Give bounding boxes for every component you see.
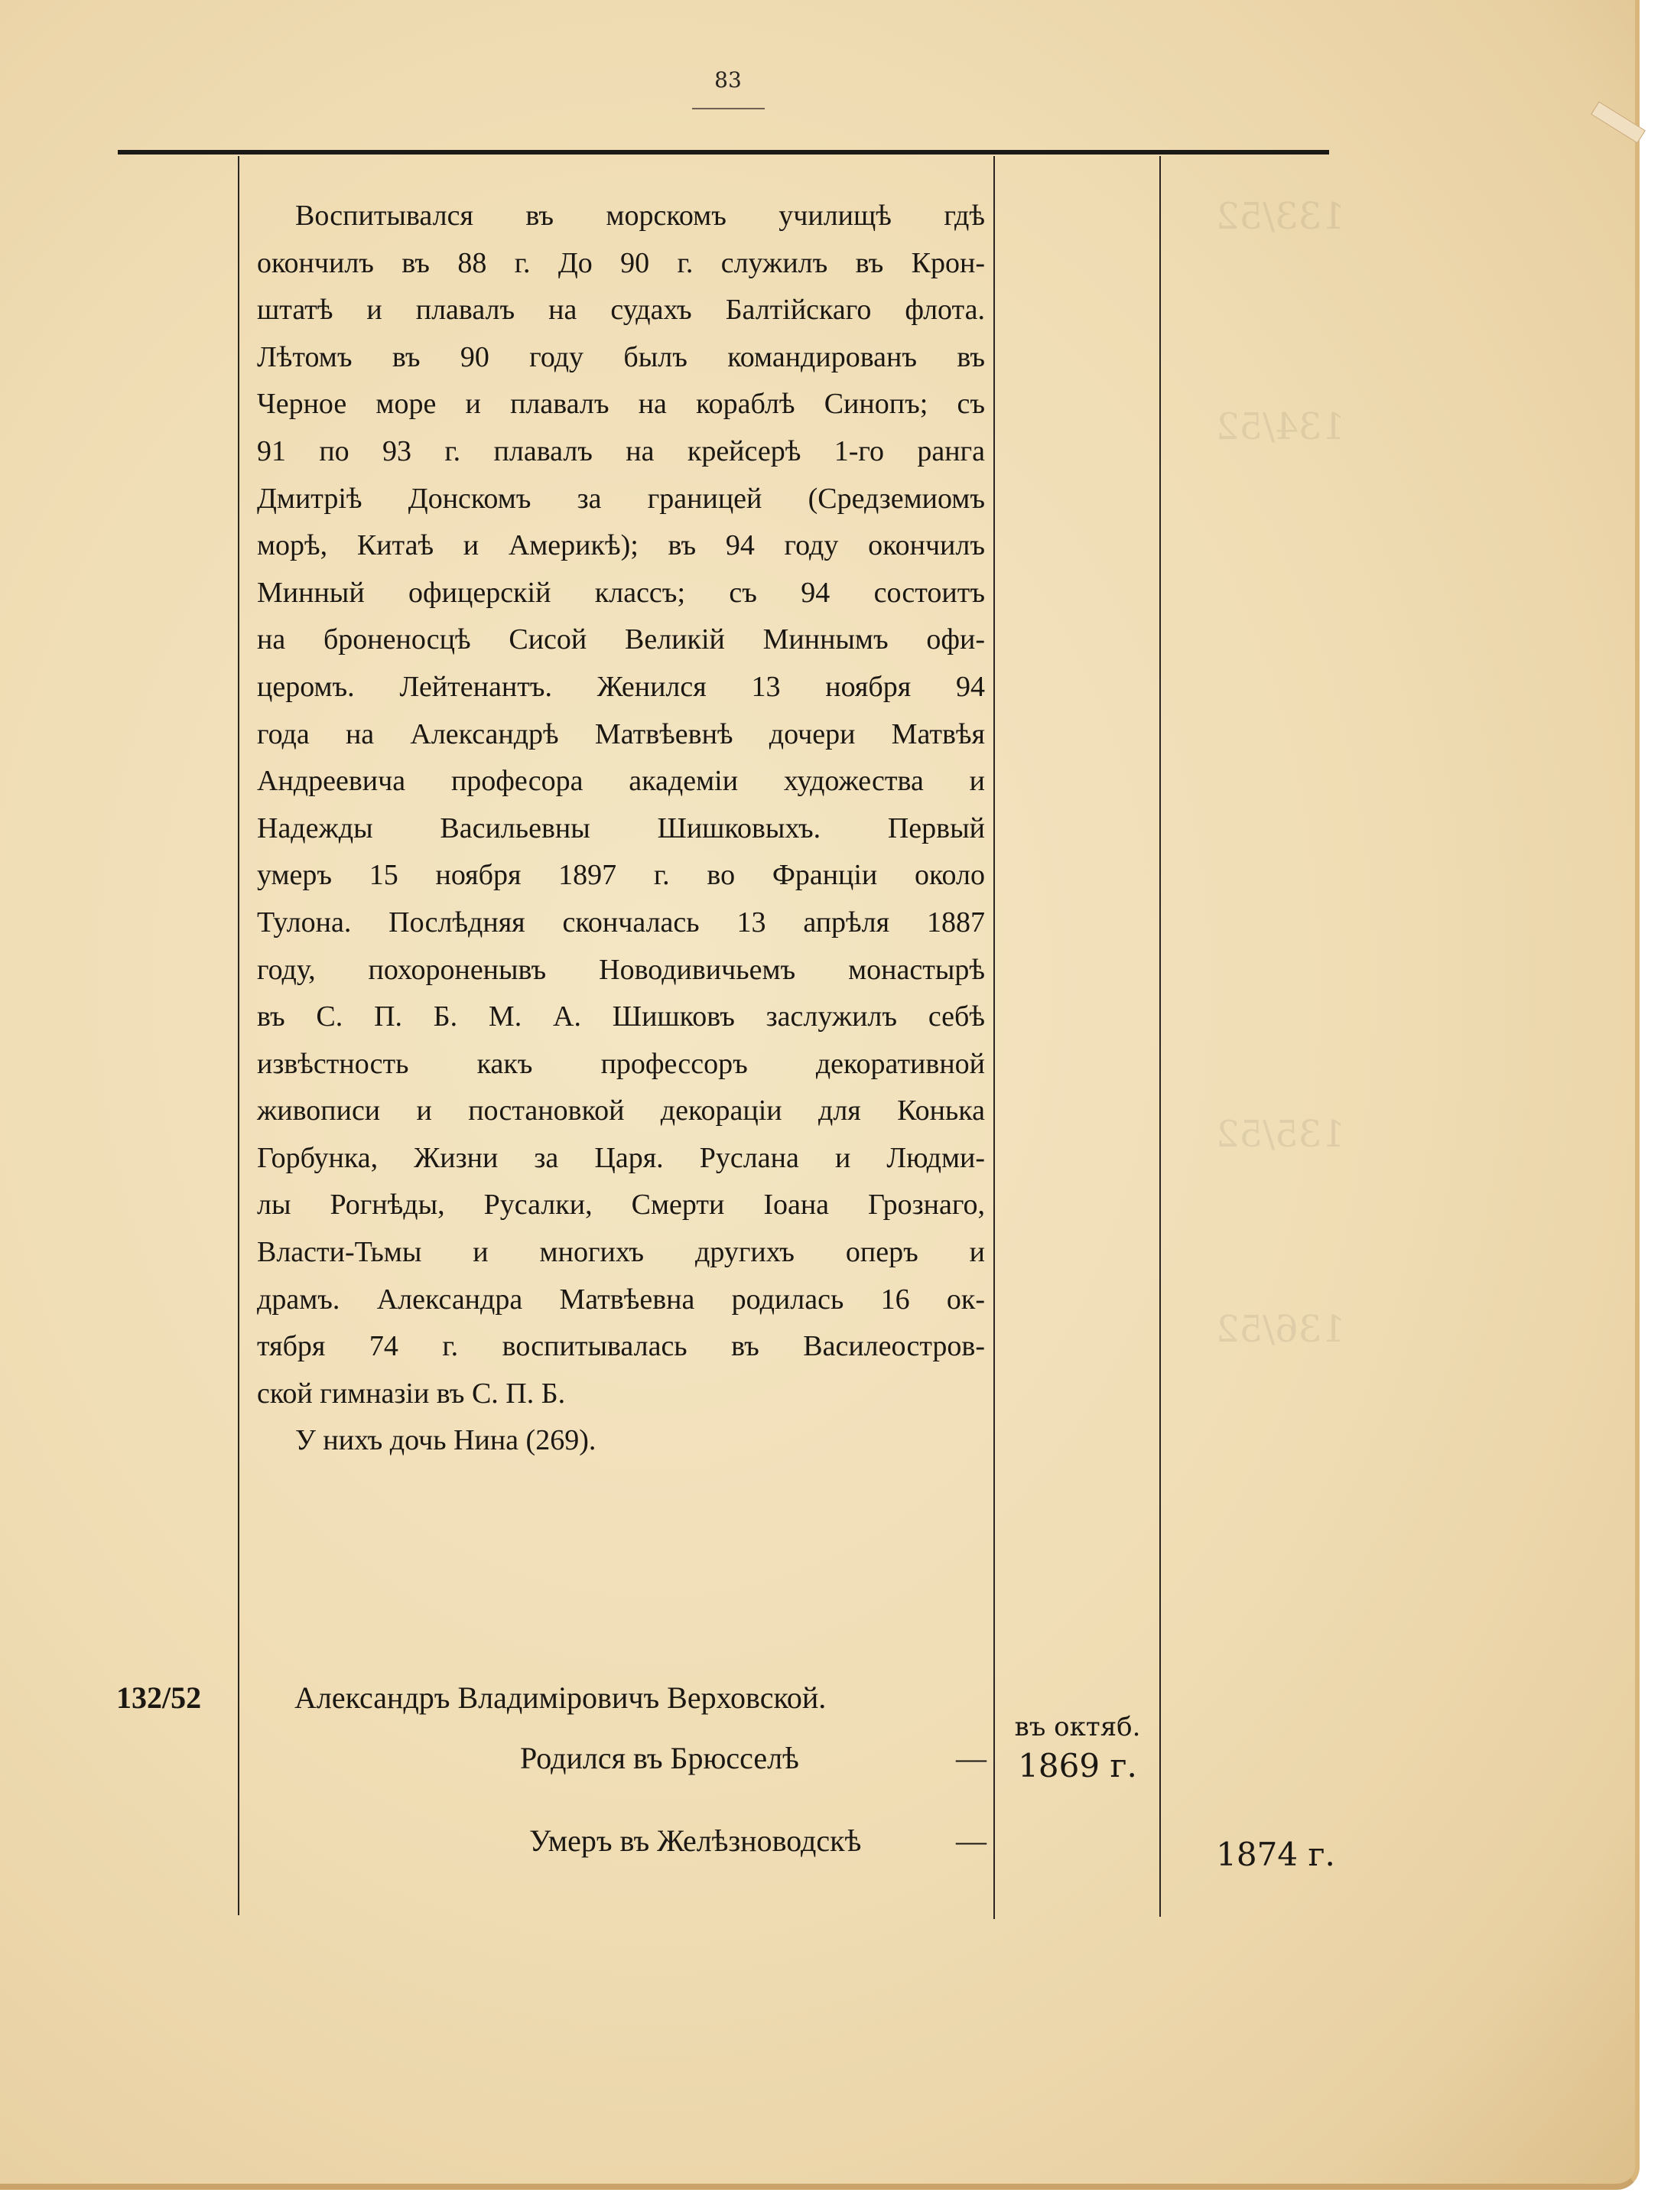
column-divider-2	[993, 156, 995, 1919]
bleed-through-number: 136/52	[1216, 1308, 1345, 1351]
text-line: Дмитріѣ Донскомъ за границей (Средземиом…	[257, 476, 985, 523]
birth-place: Родился въ Брюсселѣ —	[520, 1740, 987, 1776]
bleed-through-number: 135/52	[1216, 1113, 1345, 1156]
column-divider-1	[238, 156, 239, 1915]
leader-dash: —	[956, 1823, 987, 1859]
text-line: Черное море и плавалъ на кораблѣ Синопъ;…	[257, 381, 985, 428]
text-line: штатѣ и плавалъ на судахъ Балтійскаго фл…	[257, 287, 985, 334]
text-line: лы Рогнѣды, Русалки, Смерти Іоана Грозна…	[257, 1182, 985, 1229]
entry-name: Александръ Владиміровичъ Верховской.	[294, 1680, 826, 1716]
text-line: тября 74 г. воспитывалась въ Василеостро…	[257, 1323, 985, 1371]
text-line: году, похороненывъ Новодивичьемъ монасты…	[257, 947, 985, 994]
text-line: года на Александрѣ Матвѣевнѣ дочери Матв…	[257, 711, 985, 759]
bleed-through-number: 134/52	[1216, 405, 1345, 448]
torn-paper-fragment	[1591, 101, 1646, 143]
text-line: ской гимназіи въ С. П. Б.	[257, 1371, 985, 1418]
birth-place-label: Родился въ Брюсселѣ	[520, 1741, 799, 1775]
column-divider-3	[1159, 156, 1161, 1917]
text-line: 91 по 93 г. плавалъ на крейсерѣ 1-го ран…	[257, 428, 985, 476]
text-line: Тулона. Послѣдняя скончалась 13 апрѣля 1…	[257, 899, 985, 947]
text-line: Лѣтомъ въ 90 году былъ командированъ въ	[257, 334, 985, 382]
text-line: церомъ. Лейтенантъ. Женился 13 ноября 94	[257, 664, 985, 711]
text-line: въ С. П. Б. М. А. Шишковъ заслужилъ себѣ	[257, 994, 985, 1041]
text-line: Андреевича професора академіи художества…	[257, 758, 985, 805]
death-place: Умеръ въ Желѣзноводскѣ —	[529, 1823, 987, 1859]
entry-number: 132/52	[116, 1680, 201, 1716]
biography-paragraph: Воспитывался въ морскомъ училищѣ гдѣ око…	[257, 193, 985, 1465]
leader-dash: —	[956, 1740, 987, 1776]
text-line: драмъ. Александра Матвѣевна родилась 16 …	[257, 1277, 985, 1324]
text-line: Власти-Тьмы и многихъ другихъ оперъ и	[257, 1229, 985, 1277]
table-top-rule	[118, 150, 1329, 155]
death-year: 1874 г.	[1161, 1836, 1390, 1873]
text-line: Горбунка, Жизни за Царя. Руслана и Людми…	[257, 1135, 985, 1182]
page-number: 83	[705, 67, 751, 93]
birth-year: 1869 г.	[996, 1747, 1159, 1784]
text-line: извѣстность какъ профессоръ декоративной	[257, 1041, 985, 1088]
text-line: морѣ, Китаѣ и Америкѣ); въ 94 году оконч…	[257, 522, 985, 570]
text-line: умеръ 15 ноября 1897 г. во Франціи около	[257, 852, 985, 899]
text-line: на броненосцѣ Сисой Великій Миннымъ офи-	[257, 616, 985, 664]
scanned-page: 133/52 134/52 135/52 136/52 83 Воспитыва…	[0, 0, 1640, 2190]
text-line: окончилъ въ 88 г. До 90 г. служилъ въ Кр…	[257, 240, 985, 288]
text-line: живописи и постановкой декораціи для Кон…	[257, 1088, 985, 1135]
text-line: Минный офицерскій классъ; съ 94 состоитъ	[257, 570, 985, 617]
page-number-rule	[692, 108, 765, 109]
death-place-label: Умеръ въ Желѣзноводскѣ	[529, 1823, 861, 1858]
birth-month: въ октяб.	[996, 1712, 1159, 1742]
text-line: Надежды Васильевны Шишковыхъ. Первый	[257, 805, 985, 853]
text-line: У нихъ дочь Нина (269).	[257, 1417, 985, 1465]
text-line: Воспитывался въ морскомъ училищѣ гдѣ	[257, 193, 985, 240]
bleed-through-number: 133/52	[1216, 195, 1345, 238]
